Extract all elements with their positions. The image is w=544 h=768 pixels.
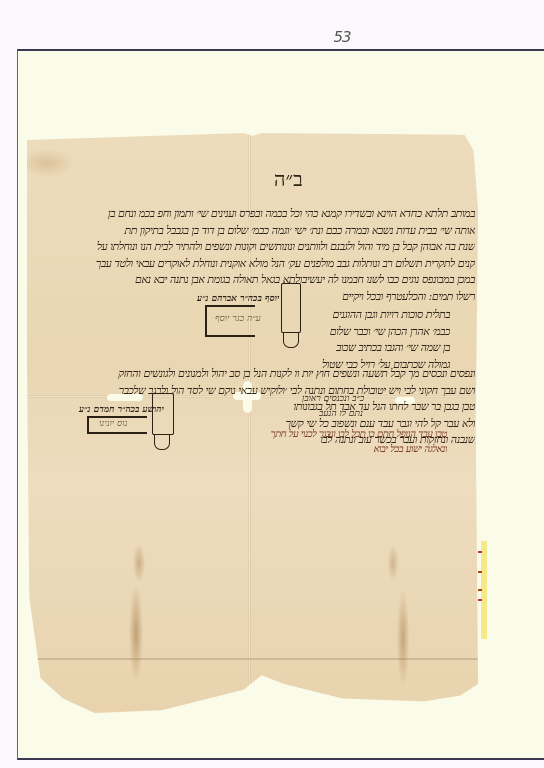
paragraph-red-ink: טבו עבד הנופל חתם בו תבל לבו ונבגר לכנוי… (232, 427, 447, 457)
text-line: ונפסים ונכסים מך קבל תשעה ונשפים חוץ יות… (61, 366, 475, 383)
text-line: ושם עבך חקוני לבי ויש יטובולת בחתום ונתנ… (61, 383, 475, 400)
seal-upper-mark (283, 333, 299, 348)
text-line: שנת בה אבוהן קבל בן מיד והול ולגבנם ולוו… (61, 239, 475, 256)
red-mark (478, 551, 482, 553)
red-mark (478, 599, 482, 601)
signature-upper-subtext: ע״ה כגר יוסף (215, 313, 261, 324)
manuscript-paper: ב״ה במותב תלתא כחדא הוינא ובשדירו קמנא כ… (27, 133, 478, 713)
side-annotation: כ״ב ונכנסים ראובן (302, 393, 364, 404)
side-annotation-2: נתם לו הנעב (319, 408, 363, 419)
red-mark (478, 571, 482, 573)
lower-fold-line (27, 658, 478, 660)
signature-upper-name: יוסף בכה״ר אברהם נ״ע (197, 293, 279, 304)
paragraph-main: במותב תלתא כחדא הוינא ובשדירו קמנא כהי ו… (61, 206, 475, 305)
red-mark (478, 589, 482, 591)
seal-lower (152, 393, 174, 435)
yellow-tab-marker (481, 541, 487, 639)
text-line: במכן במבונפס נוגים כבו לשנו חבמנו לה יעש… (61, 272, 475, 289)
seal-upper (281, 283, 301, 333)
text-line: טבו עבד הנופל חתם בו תבל לבו ונבגר לכנוי… (232, 427, 447, 442)
page-number: 53 (322, 28, 362, 46)
text-line: ונאלגה ישוע בכל יבוא (232, 442, 447, 457)
text-line: קנים לתקרית תשלום רב ונותלות גבב מולפנים… (61, 256, 475, 273)
seal-lower-mark (154, 435, 170, 450)
text-line: אותה שי׳ בבית עדות נשבא ובמרה כבם ונת׳ י… (61, 223, 475, 240)
text-line: במותב תלתא כחדא הוינא ובשדירו קמנא כהי ו… (61, 206, 475, 223)
invocation-mark: ב״ה (274, 167, 300, 191)
signature-lower-subtext: נוס יונינו (99, 418, 127, 429)
